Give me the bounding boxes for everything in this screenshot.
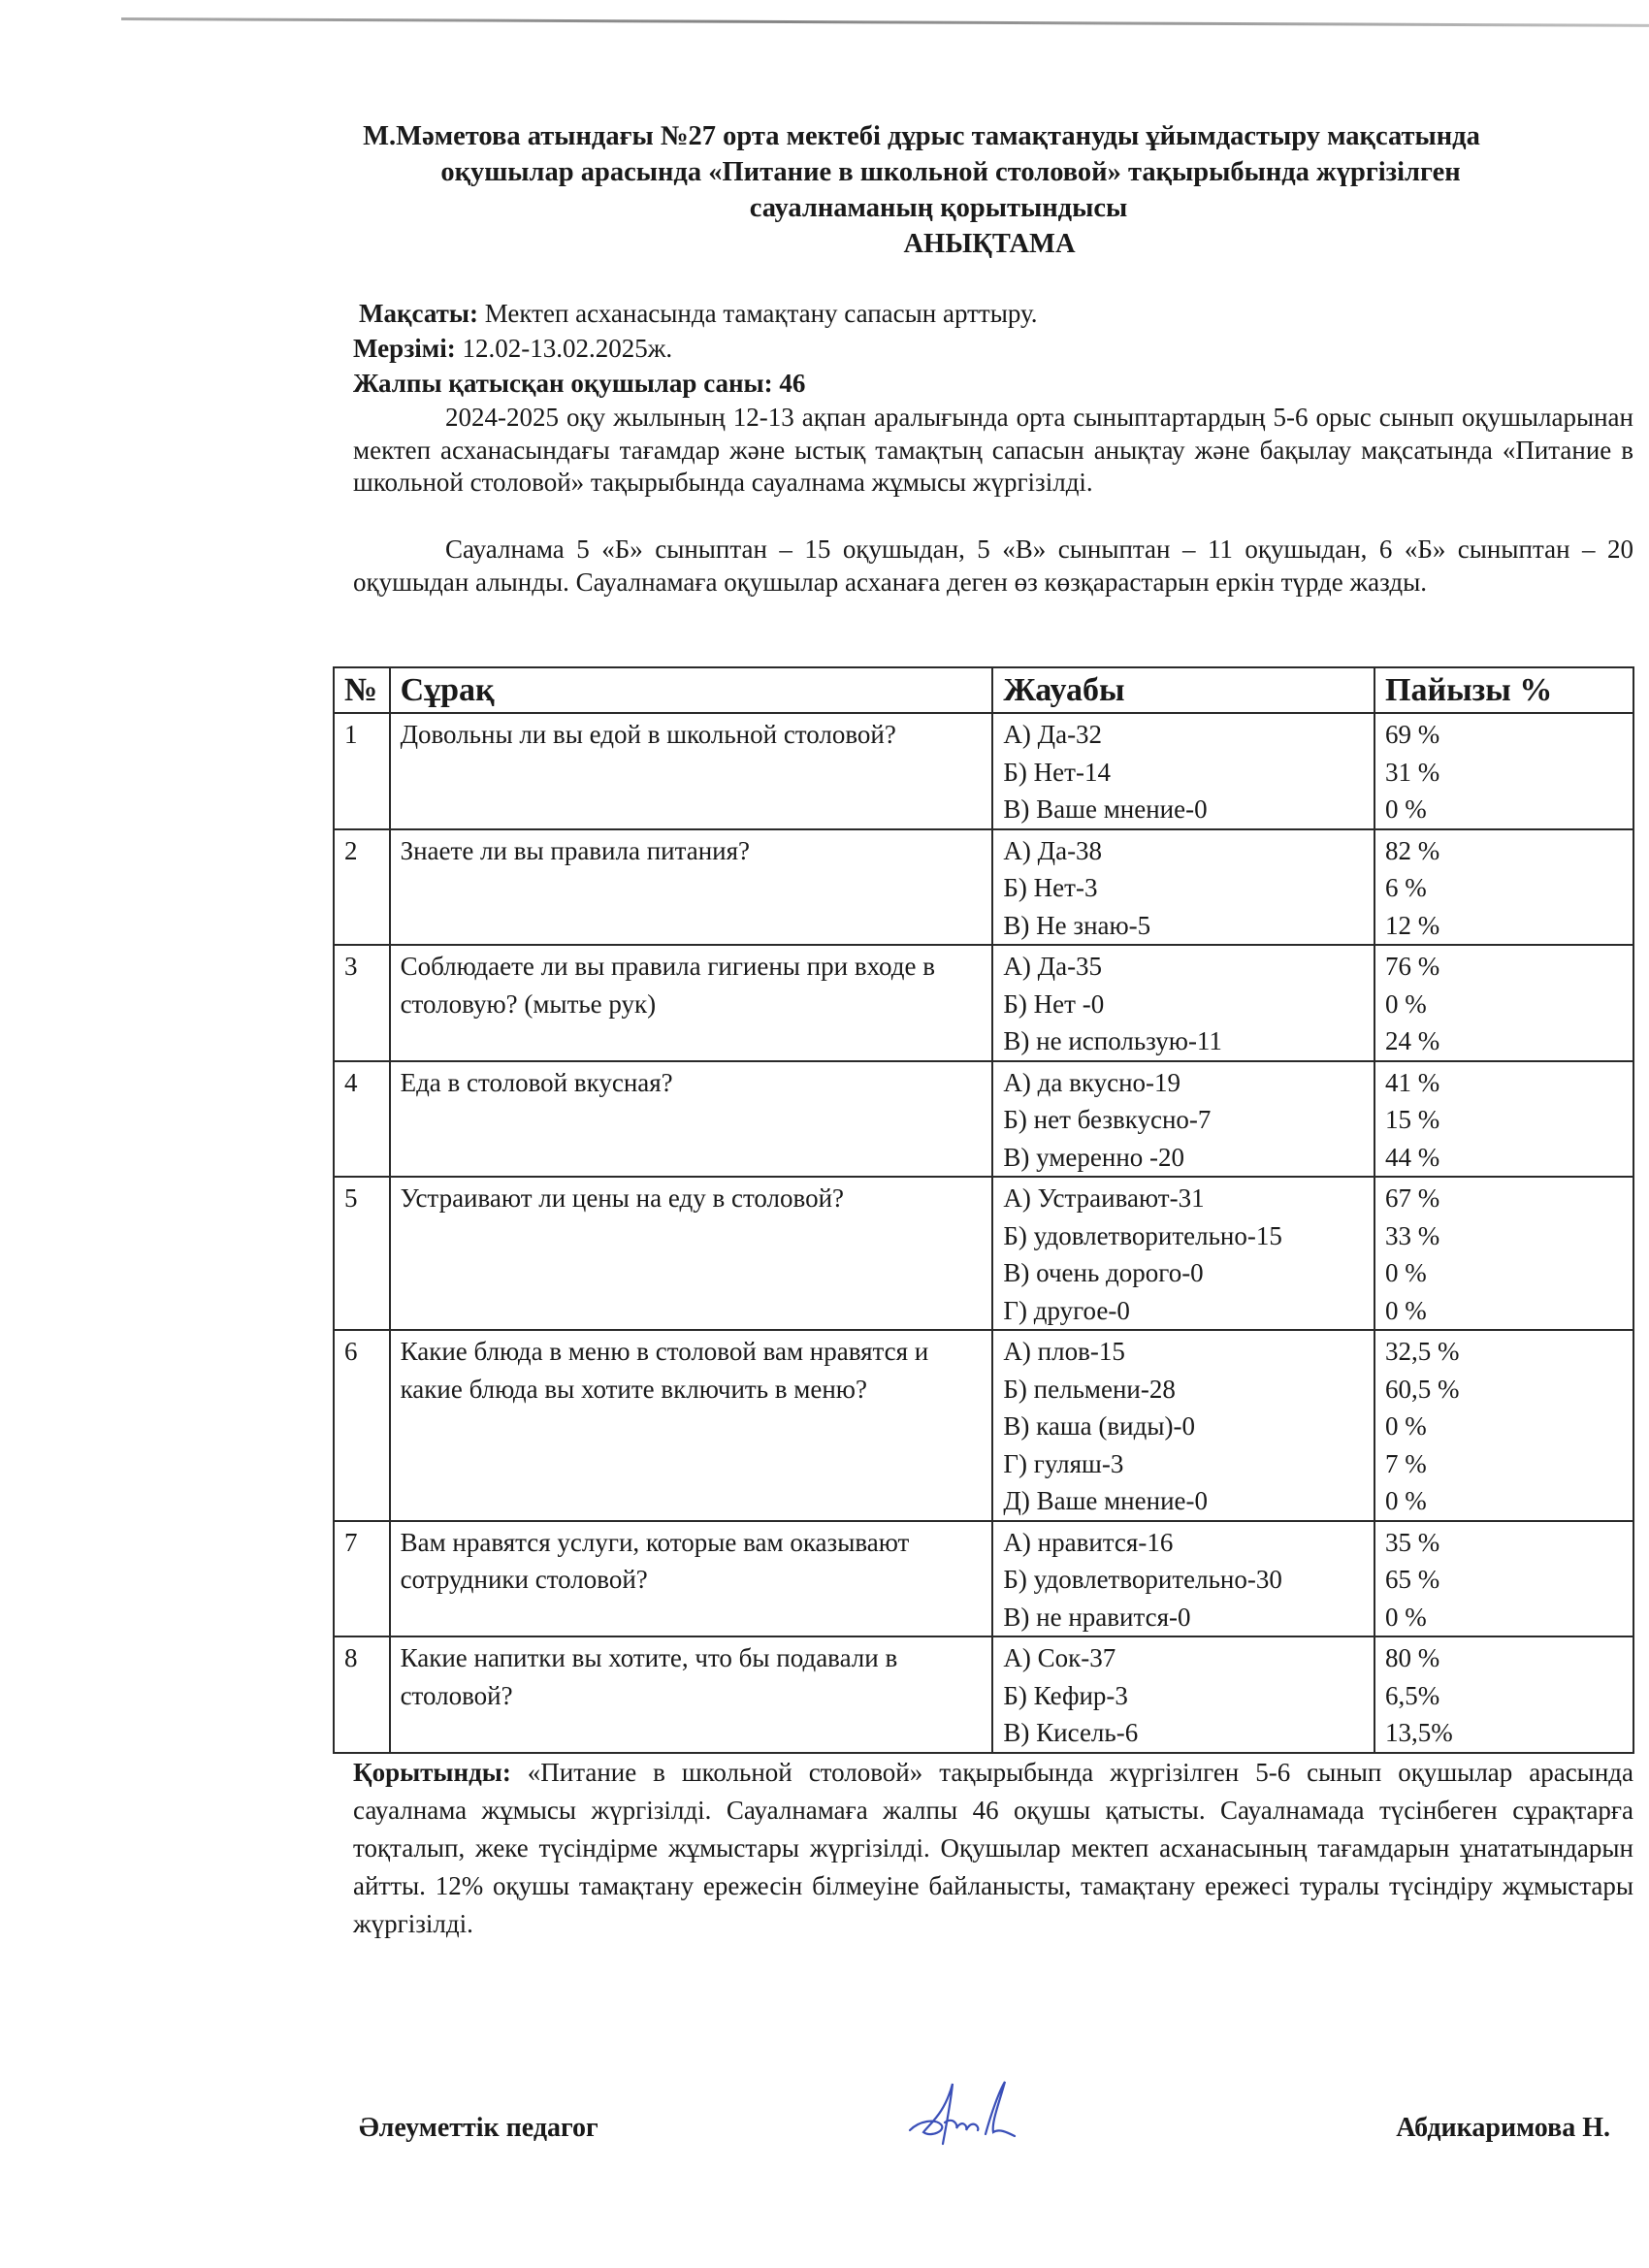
row-number: 3	[334, 945, 390, 1061]
percent-value: 0 %	[1385, 986, 1625, 1023]
row-answers: А) Устраивают-31Б) удовлетворительно-15В…	[992, 1177, 1374, 1330]
goal-text: Мектеп асханасында тамақтану сапасын арт…	[478, 299, 1038, 328]
row-percents: 80 %6,5%13,5%	[1374, 1636, 1633, 1753]
answer-option: Г) другое-0	[1003, 1292, 1366, 1330]
handwritten-signature-icon	[902, 2074, 1028, 2152]
row-answers: А) плов-15Б) пельмени-28В) каша (виды)-0…	[992, 1330, 1374, 1521]
title-line-3: сауалнаманың қорытындысы	[233, 190, 1610, 226]
answer-option: А) да вкусно-19	[1003, 1064, 1366, 1102]
percent-value: 35 %	[1385, 1524, 1625, 1562]
percent-value: 0 %	[1385, 1254, 1625, 1292]
row-answers: А) Сок-37Б) Кефир-3В) Кисель-6	[992, 1636, 1374, 1753]
goal-line: Мақсаты: Мектеп асханасында тамақтану са…	[359, 297, 1639, 330]
document-title: М.Мәметова атындағы №27 орта мектебі дұр…	[233, 118, 1610, 262]
row-number: 2	[334, 829, 390, 946]
row-question: Знаете ли вы правила питания?	[390, 829, 993, 946]
answer-option: В) Не знаю-5	[1003, 907, 1366, 945]
scan-edge-line	[121, 17, 1649, 27]
conclusion-label: Қорытынды:	[353, 1758, 511, 1787]
table-row: 3Соблюдаете ли вы правила гигиены при вх…	[334, 945, 1633, 1061]
percent-value: 32,5 %	[1385, 1333, 1625, 1371]
conclusion-paragraph: Қорытынды: «Питание в школьной столовой»…	[353, 1754, 1633, 1943]
table-row: 8Какие напитки вы хотите, что бы подавал…	[334, 1636, 1633, 1753]
row-question: Какие блюда в меню в столовой вам нравят…	[390, 1330, 993, 1521]
answer-option: А) плов-15	[1003, 1333, 1366, 1371]
answer-option: Б) Кефир-3	[1003, 1677, 1366, 1715]
answer-option: Б) удовлетворительно-30	[1003, 1561, 1366, 1599]
header-number: №	[334, 667, 390, 713]
row-number: 4	[334, 1061, 390, 1178]
percent-value: 80 %	[1385, 1639, 1625, 1677]
survey-table: № Сұрақ Жауабы Пайызы % 1Довольны ли вы …	[333, 666, 1634, 1754]
answer-option: А) Устраивают-31	[1003, 1180, 1366, 1217]
row-question: Довольны ли вы едой в школьной столовой?	[390, 713, 993, 829]
answer-option: Г) гуляш-3	[1003, 1445, 1366, 1483]
row-number: 8	[334, 1636, 390, 1753]
percent-value: 44 %	[1385, 1139, 1625, 1177]
title-line-4: АНЫҚТАМА	[233, 226, 1610, 262]
percent-value: 69 %	[1385, 716, 1625, 754]
answer-option: А) Да-32	[1003, 716, 1366, 754]
answer-option: В) не использую-11	[1003, 1022, 1366, 1060]
answer-option: В) каша (виды)-0	[1003, 1408, 1366, 1445]
answer-option: Б) удовлетворительно-15	[1003, 1217, 1366, 1255]
table-row: 7Вам нравятся услуги, которые вам оказыв…	[334, 1521, 1633, 1637]
percent-value: 60,5 %	[1385, 1371, 1625, 1409]
answer-option: Д) Ваше мнение-0	[1003, 1482, 1366, 1520]
percent-value: 6,5%	[1385, 1677, 1625, 1715]
conclusion-text: «Питание в школьной столовой» тақырыбынд…	[353, 1758, 1633, 1938]
percent-value: 0 %	[1385, 1408, 1625, 1445]
row-answers: А) Да-35Б) Нет -0В) не использую-11	[992, 945, 1374, 1061]
period-text: 12.02-13.02.2025ж.	[456, 334, 672, 363]
table-row: 6Какие блюда в меню в столовой вам нравя…	[334, 1330, 1633, 1521]
row-answers: А) Да-32Б) Нет-14В) Ваше мнение-0	[992, 713, 1374, 829]
row-question: Вам нравятся услуги, которые вам оказыва…	[390, 1521, 993, 1637]
table-header-row: № Сұрақ Жауабы Пайызы %	[334, 667, 1633, 713]
row-answers: А) да вкусно-19Б) нет безвкусно-7 В) уме…	[992, 1061, 1374, 1178]
title-line-2: оқушылар арасында «Питание в школьной ст…	[233, 154, 1610, 190]
answer-option: А) Да-35	[1003, 948, 1366, 986]
percent-value: 33 %	[1385, 1217, 1625, 1255]
percent-value: 67 %	[1385, 1180, 1625, 1217]
row-answers: А) нравится-16Б) удовлетворительно-30В) …	[992, 1521, 1374, 1637]
answer-option: А) Сок-37	[1003, 1639, 1366, 1677]
answer-option: Б) Нет-14	[1003, 754, 1366, 792]
percent-value: 15 %	[1385, 1101, 1625, 1139]
row-percents: 69 %31 %0 %	[1374, 713, 1633, 829]
row-percents: 41 %15 % 44 %	[1374, 1061, 1633, 1178]
answer-option: Б) нет безвкусно-7	[1003, 1101, 1366, 1139]
row-number: 1	[334, 713, 390, 829]
percent-value: 13,5%	[1385, 1714, 1625, 1752]
percent-value: 76 %	[1385, 948, 1625, 986]
row-number: 5	[334, 1177, 390, 1330]
answer-option: В) очень дорого-0	[1003, 1254, 1366, 1292]
answer-option: В) Кисель-6	[1003, 1714, 1366, 1752]
table-row: 4Еда в столовой вкусная?А) да вкусно-19Б…	[334, 1061, 1633, 1178]
answer-option: Б) Нет -0	[1003, 986, 1366, 1023]
row-percents: 32,5 %60,5 %0 %7 %0 %	[1374, 1330, 1633, 1521]
row-question: Еда в столовой вкусная?	[390, 1061, 993, 1178]
row-number: 6	[334, 1330, 390, 1521]
answer-option: А) нравится-16	[1003, 1524, 1366, 1562]
row-answers: А) Да-38 Б) Нет-3 В) Не знаю-5	[992, 829, 1374, 946]
title-line-1: М.Мәметова атындағы №27 орта мектебі дұр…	[233, 118, 1610, 154]
percent-value: 6 %	[1385, 869, 1625, 907]
percent-value: 7 %	[1385, 1445, 1625, 1483]
classes-paragraph: Сауалнама 5 «Б» сыныптан – 15 оқушыдан, …	[353, 534, 1633, 599]
row-number: 7	[334, 1521, 390, 1637]
answer-option: В) умеренно -20	[1003, 1139, 1366, 1177]
intro-paragraph: 2024-2025 оқу жылының 12-13 ақпан аралығ…	[353, 402, 1633, 500]
row-percents: 35 %65 %0 %	[1374, 1521, 1633, 1637]
participants-line: Жалпы қатысқан оқушылар саны: 46	[353, 367, 1633, 400]
percent-value: 0 %	[1385, 1482, 1625, 1520]
percent-value: 0 %	[1385, 791, 1625, 828]
row-percents: 82 %6 %12 %	[1374, 829, 1633, 946]
signer-name: Абдикаримова Н.	[1396, 2113, 1610, 2144]
percent-value: 31 %	[1385, 754, 1625, 792]
period-line: Мерзімі: 12.02-13.02.2025ж.	[353, 332, 1633, 365]
percent-value: 0 %	[1385, 1599, 1625, 1636]
period-label: Мерзімі:	[353, 334, 456, 363]
row-percents: 76 %0 %24 %	[1374, 945, 1633, 1061]
row-percents: 67 %33 %0 %0 %	[1374, 1177, 1633, 1330]
percent-value: 65 %	[1385, 1561, 1625, 1599]
percent-value: 12 %	[1385, 907, 1625, 945]
header-percent: Пайызы %	[1374, 667, 1633, 713]
percent-value: 24 %	[1385, 1022, 1625, 1060]
answer-option: В) не нравится-0	[1003, 1599, 1366, 1636]
participants-label: Жалпы қатысқан оқушылар саны: 46	[353, 369, 805, 398]
table-row: 5Устраивают ли цены на еду в столовой?А)…	[334, 1177, 1633, 1330]
header-question: Сұрақ	[390, 667, 993, 713]
row-question: Какие напитки вы хотите, что бы подавали…	[390, 1636, 993, 1753]
row-question: Устраивают ли цены на еду в столовой?	[390, 1177, 993, 1330]
signer-position: Әлеуметтік педагог	[359, 2113, 598, 2144]
header-answer: Жауабы	[992, 667, 1374, 713]
table-row: 2 Знаете ли вы правила питания?А) Да-38 …	[334, 829, 1633, 946]
answer-option: А) Да-38	[1003, 832, 1366, 870]
answer-option: Б) пельмени-28	[1003, 1371, 1366, 1409]
row-question: Соблюдаете ли вы правила гигиены при вхо…	[390, 945, 993, 1061]
percent-value: 0 %	[1385, 1292, 1625, 1330]
table-row: 1Довольны ли вы едой в школьной столовой…	[334, 713, 1633, 829]
answer-option: Б) Нет-3	[1003, 869, 1366, 907]
percent-value: 41 %	[1385, 1064, 1625, 1102]
goal-label: Мақсаты:	[359, 299, 478, 328]
answer-option: В) Ваше мнение-0	[1003, 791, 1366, 828]
percent-value: 82 %	[1385, 832, 1625, 870]
